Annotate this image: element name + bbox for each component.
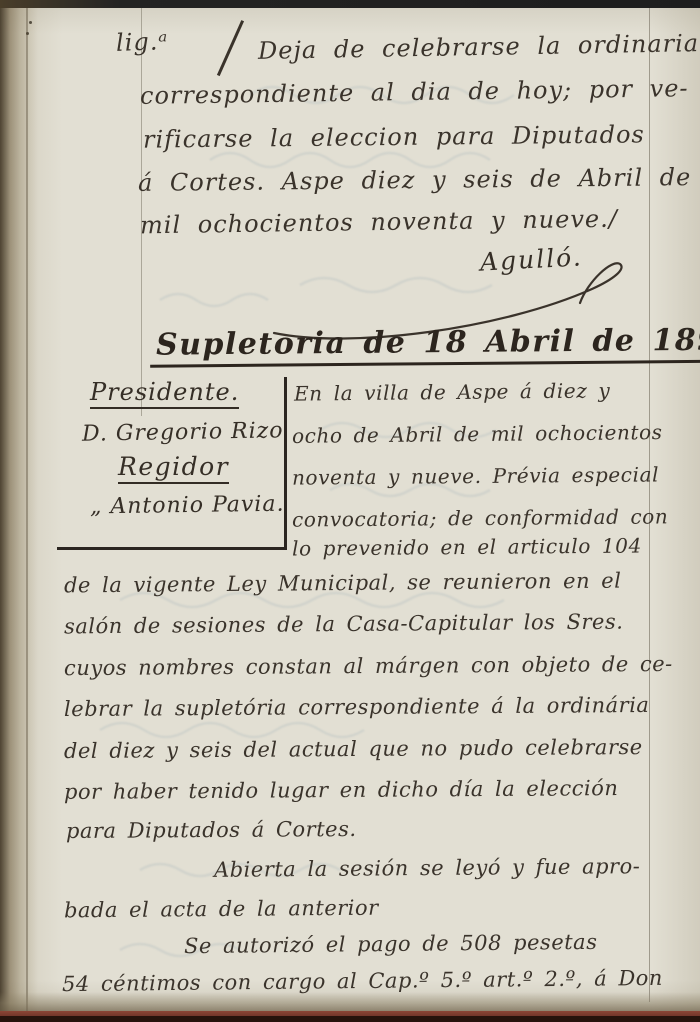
session-heading: Supletoria de 18 Abril de 1899. xyxy=(150,322,700,367)
body-line-6: por haber tenido lugar en dicho día la e… xyxy=(64,776,619,804)
body-line-3: cuyos nombres constan al márgen con obje… xyxy=(64,652,673,680)
session-col-line-3: noventa y nueve. Prévia especial xyxy=(292,462,659,489)
body-line-4: lebrar la supletória correspondiente á l… xyxy=(64,693,650,721)
margin-role-president: Presidente. xyxy=(90,378,239,406)
margin-role-regidor: Regidor xyxy=(118,452,229,481)
margin-president-name: D. Gregorio Rizo xyxy=(82,418,284,447)
prev-entry-line-4: á Cortes. Aspe diez y seis de Abril de xyxy=(138,163,692,197)
catchword: lig.ᵃ xyxy=(116,27,169,57)
page-bottom-edge-shadow xyxy=(0,992,700,1012)
scan-top-edge xyxy=(0,0,700,8)
session-col-line-2: ocho de Abril de mil ochocientos xyxy=(292,420,663,448)
session-col-line-4: convocatoria; de conformidad con xyxy=(292,504,669,531)
body-line-5: del diez y seis del actual que no pudo c… xyxy=(64,735,643,763)
acta-line-2: bada el acta de la anterior xyxy=(64,896,379,923)
prev-entry-line-3: rificarse la eleccion para Diputados xyxy=(143,120,645,153)
pago-line-1: Se autorizó el pago de 508 pesetas xyxy=(184,930,598,958)
margin-regidor-name: „ Antonio Pavia. xyxy=(90,492,285,520)
session-col-line-5: lo prevenido en el articulo 104 xyxy=(292,533,642,560)
manuscript-page-scan: lig.ᵃ Deja de celebrarse la ordinaria co… xyxy=(0,0,700,1022)
acta-line-1: Abierta la sesión se leyó y fue apro- xyxy=(214,854,640,882)
body-line-1: de la vigente Ley Municipal, se reuniero… xyxy=(64,569,622,598)
session-col-line-1: En la villa de Aspe á diez y xyxy=(294,378,611,405)
scan-bottom-edge xyxy=(0,1016,700,1022)
binding-crease xyxy=(26,0,28,1022)
body-line-2: salón de sesiones de la Casa-Capitular l… xyxy=(64,610,624,639)
book-binding-edge xyxy=(0,0,38,1022)
body-line-7: para Diputados á Cortes. xyxy=(66,817,357,843)
